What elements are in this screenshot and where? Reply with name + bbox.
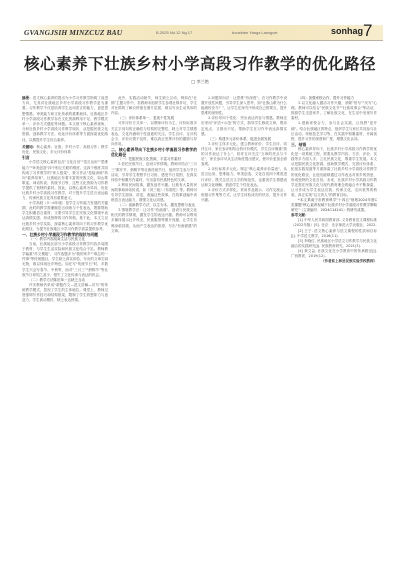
paragraph: 2.问题导向法：让思维"有深度"。在习作教学中设置开放性问题，引导学生深入思考，… (201, 96, 287, 116)
paragraph: 2.评价标准多元化。制定"核心素养评价量表"，从语言运用、思维能力、审美创造、文… (201, 167, 287, 187)
abstract: 摘要：语文核心素养的提出为小学习作教学指明了前进方向，尤其对壮族地区乡村小学高段… (22, 96, 108, 143)
paragraph: 小学语文核心素养包含"文化自信""语言运用""思维能力""审美创造"四个相互关联… (22, 160, 108, 201)
section-heading-2: 二、核心素养导向下壮族乡村小学高段习作教学的优化路径 (111, 147, 197, 157)
reference-item: [1] 中华人民共和国教育部. 义务教育语文课程标准（2022年版）[S]. 北… (291, 218, 377, 228)
abstract-label: 摘要： (22, 96, 33, 100)
abstract-text: 语文核心素养的提出为小学习作教学指明了前进方向，尤其对壮族地区乡村小学高段习作教… (22, 96, 108, 142)
keywords-label: 关键词： (22, 145, 36, 149)
fund-note: *本文系南宁市教育科学"十四五"规划2024年度C类课题"核心素养视域下壮族乡村… (291, 198, 377, 213)
paragraph: 此外，实践活动缺失，师生缺乏互动，例如在"壮锦"主题习作中，若教师未组织学生参观… (111, 96, 197, 116)
keywords: 关键词：核心素养；壮族；乡村小学；高段习作；教学优化；民族文化；多元评价体系 (22, 145, 108, 155)
column-4: （四）加强家校合作，提升习作能力 1.以文化融入激活习作兴趣，消除"怕写""厌写… (291, 96, 377, 264)
section-label: sonhag (331, 26, 363, 36)
paragraph: 习作评价方式单一，以教师评价为主，评价标准多关注字词句的正确性与结构的完整性，缺… (111, 121, 197, 146)
paragraph: 1.以文化融入激活习作兴趣，消除"怕写""厌写"心理。教师可以结合"民族文化节"… (291, 101, 377, 121)
issue-info: B.2025 Nd.12 Ng.17 (156, 30, 192, 35)
editor-info: bouxbien Yangz Lanzgvei (232, 30, 277, 35)
paragraph: 许多教师仍采用"命题作文—范文讲解—仿写"的传统教学模式，忽视了学生的主体地位。… (22, 283, 108, 303)
paragraph: 1.依托民族节日，创设习作情境。教师可结合"三月三"歌圩节、蚂𧊅节等壮族传统节日… (111, 162, 197, 182)
newspaper-name: GVANGJSIH MINZCUZ BAU (24, 28, 122, 37)
column-1: 摘要：语文核心素养的提出为小学习作教学指明了前进方向，尤其对壮族地区乡村小学高段… (22, 96, 108, 303)
paragraph: 3.评价导向个性化：突出表达内容与情感。教师还应采用"评语+示范"的方式，指导学… (201, 116, 287, 136)
paragraph: 核心素养导向下，壮族乡村小学高段习作教学的优化是一项系统工程，需要从教学内容、方… (291, 147, 377, 198)
column-2: 此外，实践活动缺失，师生缺乏互动，例如在"壮锦"主题习作中，若教师未组织学生参观… (111, 96, 197, 234)
paragraph: 2.利用民间故事，激发创作兴趣。壮族有大量的民间故事和神话传说，如《刘三姐》《布… (111, 183, 197, 203)
paragraph: 1.评价主体多元化。建立教师评价、学生自评、同伴互评、家长参评相结合的评价模式，… (201, 142, 287, 167)
article-title: 核心素养下壮族乡村小学高段习作教学的优化路径 (0, 52, 400, 74)
column-3: 2.问题导向法：让思维"有深度"。在习作教学中设置开放性问题，引导学生深入思考，… (201, 96, 287, 203)
paragraph: 当前，壮族地区部分小学高段习作教学内容多局限于教材，与学生生活实际和民族文化结合… (22, 242, 108, 278)
author-affiliation: （作者系上林县民族实验学校教师） (291, 259, 377, 264)
reference-item: [3] 李晓红. 民族地区小学语文习作教学与民族文化融合的实践研究[J]. 民族… (291, 239, 377, 249)
paragraph: 1.情境教学法：让习作"有画面"。创设与民族文化相关的教学情境，激发学生的表达兴… (111, 208, 197, 233)
paragraph: 小学高段（5～6年级）是学生习作能力发展的关键期，此时的教学需兼顾语言训练与个性… (22, 201, 108, 232)
reference-item: [4] 黄文益. 壮族文化在小学教育中的传承路径[J]. 广西教育，2019(1… (291, 249, 377, 259)
page-number: 7 (363, 22, 372, 39)
reference-item: [2] 王宁. 语文核心素养与语文课程的性质和目标[J]. 中学语文教学，201… (291, 229, 377, 239)
paragraph: 3.评价方式多样化。采用作品展示、习作交流会、班级习作集等方式，让学生体验成功的… (201, 188, 287, 203)
paragraph: 2.借助家校合力，参与社会实践，让视野"更开阔"。结合壮族地区的特点，组织学生与… (291, 121, 377, 141)
article-author: □ 李兰艳 (0, 79, 400, 85)
